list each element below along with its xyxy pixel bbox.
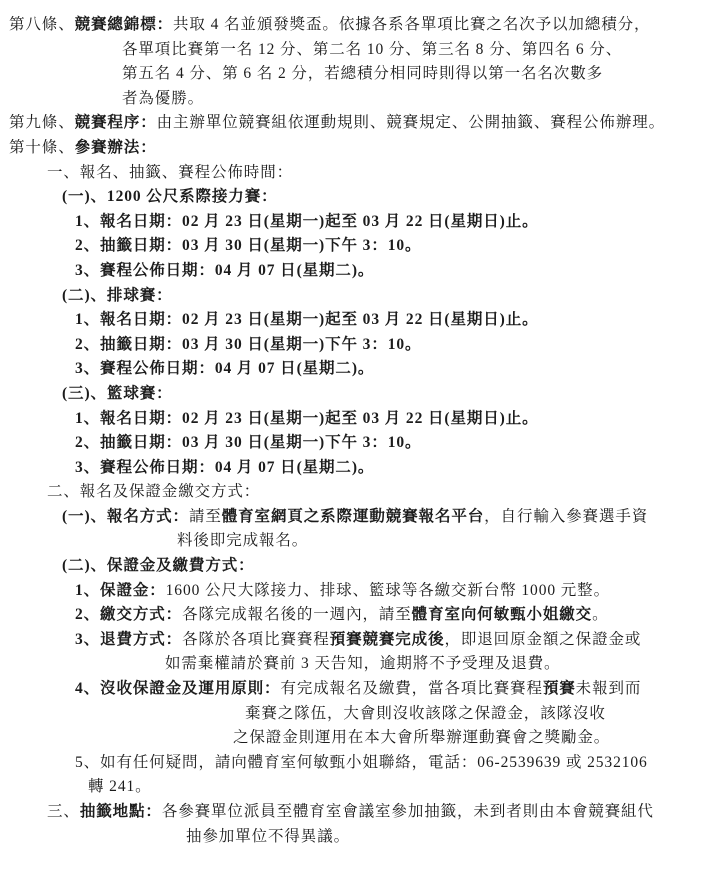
text-line: 第九條、競賽程序：由主辦單位競賽組依運動規則、競賽規定、公開抽籤、賽程公佈辦理。 — [0, 111, 695, 136]
text-run-bold: 1、報名日期：02 月 23 日(星期一)起至 03 月 22 日(星期日)止。 — [75, 410, 539, 427]
text-run: 第八條、 — [9, 16, 75, 33]
text-run: 料後即完成報名。 — [177, 532, 308, 549]
text-run: 轉 241。 — [88, 778, 152, 795]
text-line: 三、抽籤地點：各參賽單位派員至體育室會議室參加抽籤，未到者則由本會競賽組代 — [0, 800, 695, 825]
text-run: 有完成報名及繳費，當各項比賽賽程 — [280, 680, 542, 697]
text-run-bold: 3、退費方式： — [75, 631, 182, 648]
text-run-bold: 3、賽程公佈日期：04 月 07 日(星期二)。 — [75, 262, 374, 279]
text-run: ，即退回原金額之保證金或 — [444, 631, 641, 648]
text-line: 1、報名日期：02 月 23 日(星期一)起至 03 月 22 日(星期日)止。 — [0, 210, 695, 235]
text-run: 第五名 4 分、第 6 名 2 分，若總積分相同時則得以第一名名次數多 — [122, 65, 603, 82]
text-run: 之保證金則運用在本大會所舉辦運動賽會之獎勵金。 — [233, 729, 610, 746]
text-line: (一)、1200 公尺系際接力賽： — [0, 185, 695, 210]
text-run-bold: 1、報名日期：02 月 23 日(星期一)起至 03 月 22 日(星期日)止。 — [75, 311, 539, 328]
text-run: 一、報名、抽籤、賽程公佈時間： — [47, 164, 293, 181]
text-run-bold: 預賽 — [543, 680, 576, 697]
text-run-bold: 競賽程序： — [75, 114, 157, 131]
text-run-bold: 3、賽程公佈日期：04 月 07 日(星期二)。 — [75, 459, 374, 476]
text-run: 未報到而 — [576, 680, 642, 697]
text-line: 第十條、參賽辦法： — [0, 136, 695, 161]
text-run-bold: 預賽競賽完成後 — [330, 631, 445, 648]
text-run-bold: 2、抽籤日期：03 月 30 日(星期一)下午 3：10。 — [75, 336, 421, 353]
text-run-bold: 體育室向何敏甄小姐繳交 — [412, 606, 592, 623]
text-line: 之保證金則運用在本大會所舉辦運動賽會之獎勵金。 — [0, 726, 695, 751]
text-run-bold: 2、抽籤日期：03 月 30 日(星期一)下午 3：10。 — [75, 237, 421, 254]
text-line: 第五名 4 分、第 6 名 2 分，若總積分相同時則得以第一名名次數多 — [0, 62, 695, 87]
text-run-bold: 4、沒收保證金及運用原則： — [75, 680, 280, 697]
text-run: 者為優勝。 — [122, 90, 204, 107]
text-line: (三)、籃球賽： — [0, 382, 695, 407]
text-line: (二)、排球賽： — [0, 284, 695, 309]
text-line: 1、保證金：1600 公尺大隊接力、排球、籃球等各繳交新台幣 1000 元整。 — [0, 579, 695, 604]
text-line: 如需棄權請於賽前 3 天告知，逾期將不予受理及退費。 — [0, 652, 695, 677]
text-line: 3、退費方式：各隊於各項比賽賽程預賽競賽完成後，即退回原金額之保證金或 — [0, 628, 695, 653]
text-line: 抽參加單位不得異議。 — [0, 825, 695, 850]
text-line: 3、賽程公佈日期：04 月 07 日(星期二)。 — [0, 456, 695, 481]
text-run: 共取 4 名並頒發獎盃。依據各系各單項比賽之名次予以加總積分， — [173, 16, 650, 33]
text-run-bold: 1、保證金： — [75, 582, 166, 599]
text-line: 4、沒收保證金及運用原則：有完成報名及繳費，當各項比賽賽程預賽未報到而 — [0, 677, 695, 702]
text-run: 。 — [592, 606, 608, 623]
text-run: 抽參加單位不得異議。 — [186, 828, 350, 845]
text-run-bold: (一)、報名方式： — [62, 508, 189, 525]
text-line: 2、抽籤日期：03 月 30 日(星期一)下午 3：10。 — [0, 333, 695, 358]
text-run-bold: (三)、籃球賽： — [62, 385, 173, 402]
text-run-bold: 抽籤地點： — [80, 803, 162, 820]
text-run: 各參賽單位派員至體育室會議室參加抽籤，未到者則由本會競賽組代 — [162, 803, 654, 820]
text-run-bold: 2、抽籤日期：03 月 30 日(星期一)下午 3：10。 — [75, 434, 421, 451]
text-run: 各單項比賽第一名 12 分、第二名 10 分、第三名 8 分、第四名 6 分、 — [122, 41, 622, 58]
text-run-bold: (一)、1200 公尺系際接力賽： — [62, 188, 278, 205]
text-line: 2、抽籤日期：03 月 30 日(星期一)下午 3：10。 — [0, 234, 695, 259]
text-run-bold: 2、繳交方式： — [75, 606, 182, 623]
text-line: 者為優勝。 — [0, 87, 695, 112]
text-run-bold: 參賽辦法： — [75, 139, 157, 156]
text-run: 二、報名及保證金繳交方式： — [47, 483, 260, 500]
text-run: ，自行輸入參賽選手資 — [484, 508, 648, 525]
text-line: 料後即完成報名。 — [0, 529, 695, 554]
text-line: 第八條、競賽總錦標：共取 4 名並頒發獎盃。依據各系各單項比賽之名次予以加總積分… — [0, 13, 695, 38]
text-run: 棄賽之隊伍，大會則沒收該隊之保證金，該隊沒收 — [245, 705, 606, 722]
text-run: 請至 — [189, 508, 222, 525]
text-line: 棄賽之隊伍，大會則沒收該隊之保證金，該隊沒收 — [0, 702, 695, 727]
text-line: (二)、保證金及繳費方式： — [0, 554, 695, 579]
text-line: 二、報名及保證金繳交方式： — [0, 480, 695, 505]
text-run: 三、 — [47, 803, 80, 820]
text-run-bold: 競賽總錦標： — [75, 16, 173, 33]
document-page: 第八條、競賽總錦標：共取 4 名並頒發獎盃。依據各系各單項比賽之名次予以加總積分… — [0, 0, 701, 877]
text-run-bold: 1、報名日期：02 月 23 日(星期一)起至 03 月 22 日(星期日)止。 — [75, 213, 539, 230]
text-run: 5、如有任何疑問，請向體育室何敏甄小姐聯絡，電話：06-2539639 或 25… — [75, 754, 648, 771]
text-line: 3、賽程公佈日期：04 月 07 日(星期二)。 — [0, 357, 695, 382]
text-run: 第九條、 — [9, 114, 75, 131]
text-run: 各隊於各項比賽賽程 — [182, 631, 330, 648]
text-line: 2、繳交方式：各隊完成報名後的一週內，請至體育室向何敏甄小姐繳交。 — [0, 603, 695, 628]
text-line: 1、報名日期：02 月 23 日(星期一)起至 03 月 22 日(星期日)止。 — [0, 407, 695, 432]
text-line: 3、賽程公佈日期：04 月 07 日(星期二)。 — [0, 259, 695, 284]
text-line: 2、抽籤日期：03 月 30 日(星期一)下午 3：10。 — [0, 431, 695, 456]
text-run: 如需棄權請於賽前 3 天告知，逾期將不予受理及退費。 — [165, 655, 560, 672]
text-run-bold: 體育室網頁之系際運動競賽報名平台 — [222, 508, 484, 525]
text-line: 轉 241。 — [0, 775, 695, 800]
document-body: 第八條、競賽總錦標：共取 4 名並頒發獎盃。依據各系各單項比賽之名次予以加總積分… — [0, 13, 695, 849]
text-line: (一)、報名方式：請至體育室網頁之系際運動競賽報名平台，自行輸入參賽選手資 — [0, 505, 695, 530]
text-line: 一、報名、抽籤、賽程公佈時間： — [0, 161, 695, 186]
text-line: 5、如有任何疑問，請向體育室何敏甄小姐聯絡，電話：06-2539639 或 25… — [0, 751, 695, 776]
text-run-bold: (二)、排球賽： — [62, 287, 173, 304]
text-line: 1、報名日期：02 月 23 日(星期一)起至 03 月 22 日(星期日)止。 — [0, 308, 695, 333]
text-run: 各隊完成報名後的一週內，請至 — [182, 606, 412, 623]
text-run-bold: 3、賽程公佈日期：04 月 07 日(星期二)。 — [75, 360, 374, 377]
text-run-bold: (二)、保證金及繳費方式： — [62, 557, 255, 574]
text-line: 各單項比賽第一名 12 分、第二名 10 分、第三名 8 分、第四名 6 分、 — [0, 38, 695, 63]
text-run: 第十條、 — [9, 139, 75, 156]
text-run: 1600 公尺大隊接力、排球、籃球等各繳交新台幣 1000 元整。 — [166, 582, 610, 599]
text-run: 由主辦單位競賽組依運動規則、競賽規定、公開抽籤、賽程公佈辦理。 — [157, 114, 665, 131]
